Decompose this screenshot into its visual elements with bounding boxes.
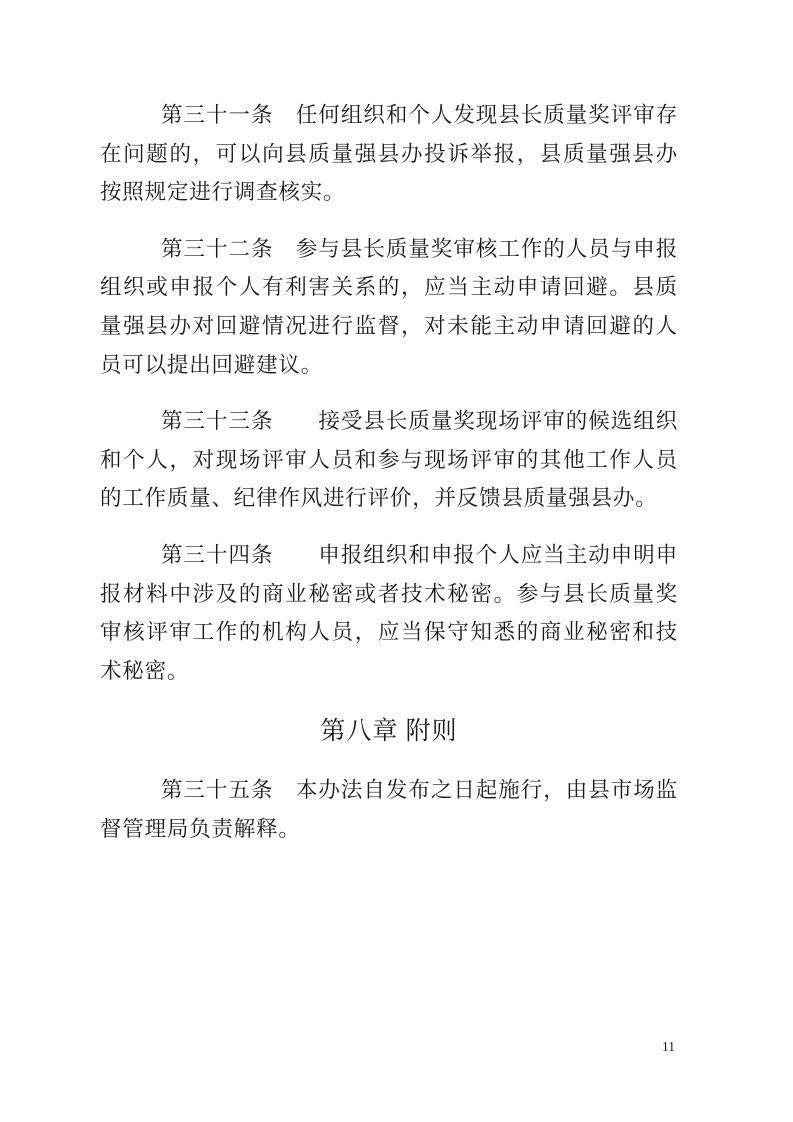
article-33-paragraph: 第三十三条 接受县长质量奖现场评审的候选组织和个人，对现场评审人员和参与现场评审…	[100, 402, 678, 518]
document-page: 第三十一条 任何组织和个人发现县长质量奖评审存在问题的，可以向县质量强县办投诉举…	[0, 0, 793, 1122]
article-34-paragraph: 第三十四条 申报组织和申报个人应当主动申明申报材料中涉及的商业秘密或者技术秘密。…	[100, 536, 678, 690]
page-number: 11	[662, 1039, 675, 1055]
article-35-paragraph: 第三十五条 本办法自发布之日起施行，由县市场监督管理局负责解释。	[100, 771, 678, 848]
document-content: 第三十一条 任何组织和个人发现县长质量奖评审存在问题的，可以向县质量强县办投诉举…	[100, 96, 678, 849]
chapter-8-heading: 第八章 附则	[100, 710, 678, 754]
article-31-paragraph: 第三十一条 任何组织和个人发现县长质量奖评审存在问题的，可以向县质量强县办投诉举…	[100, 96, 678, 212]
article-32-paragraph: 第三十二条 参与县长质量奖审核工作的人员与申报组织或申报个人有利害关系的，应当主…	[100, 230, 678, 384]
